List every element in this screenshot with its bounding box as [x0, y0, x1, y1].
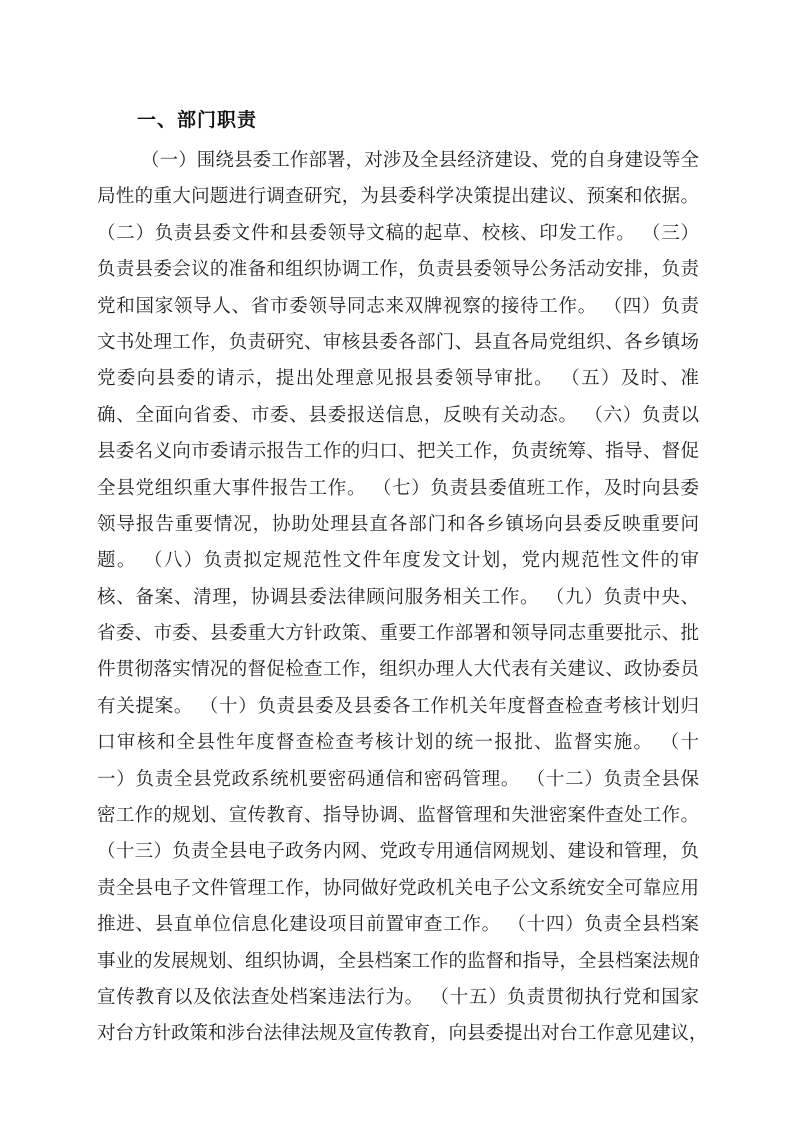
text-line: 宣传教育以及依法查处档案违法行为。 （十五）负责贯彻执行党和国家 [97, 980, 699, 1016]
text-line: （二）负责县委文件和县委领导文稿的起草、校核、印发工作。 （三） [97, 216, 699, 252]
text-line: 责全县电子文件管理工作，协同做好党政机关电子公文系统安全可靠应用 [97, 871, 699, 907]
text-line: 核、备案、清理，协调县委法律顾问服务相关工作。 （九）负责中央、 [97, 580, 699, 616]
text-line: 党委向县委的请示，提出处理意见报县委领导审批。 （五）及时、准 [97, 361, 699, 397]
body-paragraph: （一）围绕县委工作部署，对涉及全县经济建设、党的自身建设等全 局性的重大问题进行… [97, 143, 699, 1053]
text-line: 件贯彻落实情况的督促检查工作，组织办理人大代表有关建议、政协委员 [97, 652, 699, 688]
text-line: 全县党组织重大事件报告工作。 （七）负责县委值班工作，及时向县委 [97, 471, 699, 507]
text-line: 口审核和全县性年度督查检查考核计划的统一报批、监督实施。 （十 [97, 725, 699, 761]
text-line: 党和国家领导人、省市委领导同志来双牌视察的接待工作。 （四）负责 [97, 289, 699, 325]
document-page: 一、部门职责 （一）围绕县委工作部署，对涉及全县经济建设、党的自身建设等全 局性… [0, 0, 793, 1122]
text-line: 局性的重大问题进行调查研究，为县委科学决策提出建议、预案和依据。 [97, 179, 699, 215]
text-line: 县委名义向市委请示报告工作的归口、把关工作，负责统筹、指导、督促 [97, 434, 699, 470]
text-line: 有关提案。 （十）负责县委及县委各工作机关年度督查检查考核计划归 [97, 689, 699, 725]
text-line: 省委、市委、县委重大方针政策、重要工作部署和领导同志重要批示、批 [97, 616, 699, 652]
text-line: 确、全面向省委、市委、县委报送信息，反映有关动态。 （六）负责以 [97, 398, 699, 434]
text-line: 密工作的规划、宣传教育、指导协调、监督管理和失泄密案件查处工作。 [97, 798, 699, 834]
text-line: 负责县委会议的准备和组织协调工作，负责县委领导公务活动安排，负责 [97, 252, 699, 288]
text-line: （十三）负责全县电子政务内网、党政专用通信网规划、建设和管理，负 [97, 834, 699, 870]
text-line: 对台方针政策和涉台法律法规及宣传教育，向县委提出对台工作意见建议， [97, 1016, 699, 1052]
text-line: 一）负责全县党政系统机要密码通信和密码管理。 （十二）负责全县保 [97, 762, 699, 798]
text-line: 文书处理工作，负责研究、审核县委各部门、县直各局党组织、各乡镇场 [97, 325, 699, 361]
text-line: 事业的发展规划、组织协调，全县档案工作的监督和指导，全县档案法规的 [97, 944, 699, 980]
text-line: 领导报告重要情况，协助处理县直各部门和各乡镇场向县委反映重要问 [97, 507, 699, 543]
text-line: （一）围绕县委工作部署，对涉及全县经济建设、党的自身建设等全 [97, 143, 699, 179]
section-heading: 一、部门职责 [137, 107, 257, 133]
text-line: 题。 （八）负责拟定规范性文件年度发文计划，党内规范性文件的审 [97, 543, 699, 579]
text-line: 推进、县直单位信息化建设项目前置审查工作。 （十四）负责全县档案 [97, 907, 699, 943]
